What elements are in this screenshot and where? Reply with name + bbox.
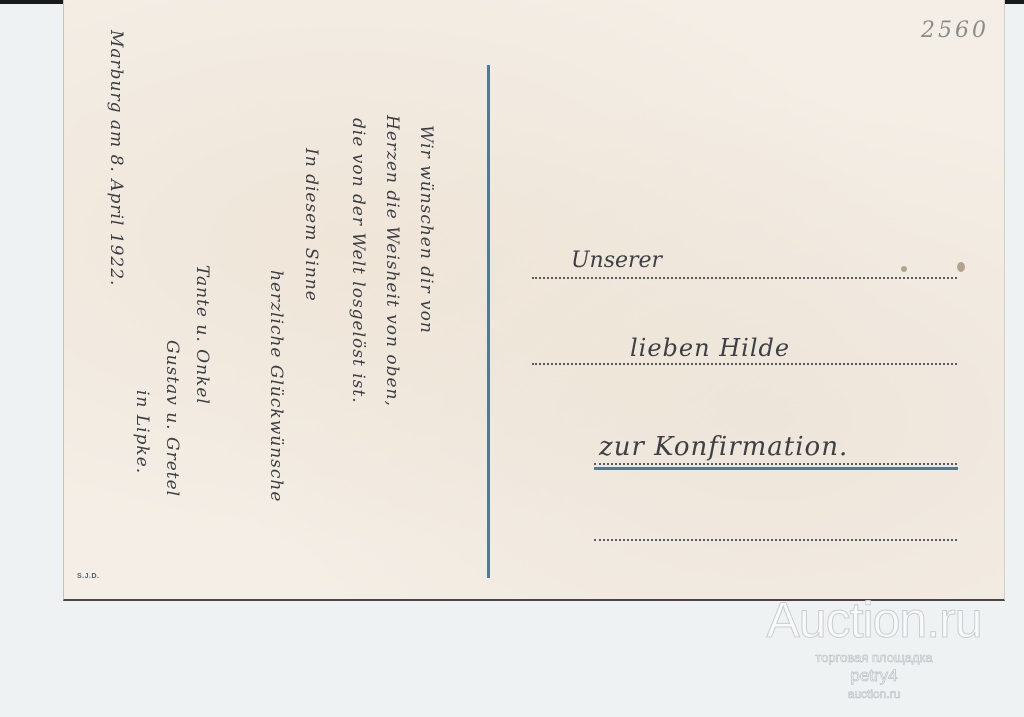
address-dotted-line (532, 277, 957, 279)
scanner-edge-left (0, 0, 63, 4)
message-line: herzliche Glückwünsche (266, 270, 286, 502)
message-line: in Lipke. (132, 390, 152, 474)
pencil-catalog-number: 2560 (921, 18, 989, 43)
message-line: Gustav u. Gretel (162, 340, 182, 497)
address-divider-line (487, 65, 490, 578)
publisher-mark: S.J.D. (77, 573, 99, 580)
message-line: Tante u. Onkel (192, 265, 212, 405)
paper-stain (901, 266, 907, 272)
message-line: Wir wünschen dir von (416, 125, 436, 334)
message-line: Marburg am 8. April 1922. (106, 30, 126, 286)
postcard-back: 2560 Wir wünschen dir von Herzen die Wei… (63, 0, 1005, 601)
image-stage: 2560 Wir wünschen dir von Herzen die Wei… (0, 0, 1024, 717)
address-dotted-line (594, 463, 957, 465)
address-solid-rule (594, 467, 958, 470)
address-dotted-line (532, 363, 957, 365)
message-area: Wir wünschen dir von Herzen die Weisheit… (64, 0, 484, 601)
address-line-2-text: lieben Hilde (630, 334, 790, 362)
watermark-logo-text: Auction.ru (734, 592, 1014, 648)
address-dotted-line (594, 539, 957, 541)
paper-stain (957, 262, 965, 272)
watermark-subtitle: торговая площадка (734, 650, 1014, 666)
message-line: Herzen die Weisheit von oben, (382, 115, 402, 407)
message-line: die von der Welt losgelöst ist. (348, 118, 368, 404)
address-line-1-text: Unserer (571, 248, 662, 273)
address-line-3-text: zur Konfirmation. (599, 432, 848, 462)
auction-watermark: Auction.ru торговая площадка petry4 auct… (734, 592, 1014, 703)
watermark-domain: auction.ru (734, 685, 1014, 703)
watermark-username: petry4 (734, 666, 1014, 685)
scanner-edge-right (1005, 0, 1024, 4)
message-line: In diesem Sinne (301, 148, 321, 302)
